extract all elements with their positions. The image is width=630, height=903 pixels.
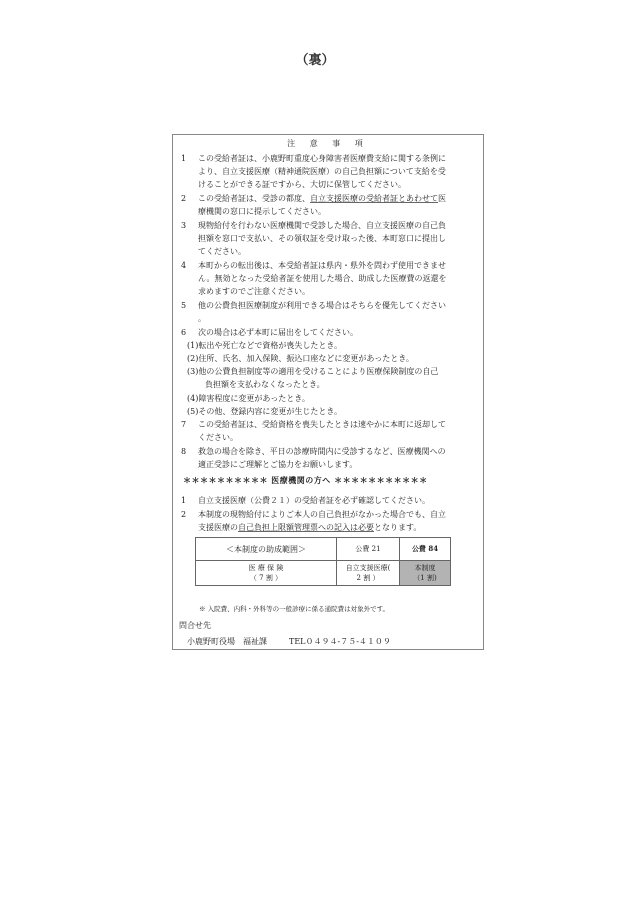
item-number: 6 bbox=[181, 326, 186, 339]
subitem-2: (2)住所、氏名、加入保険、振込口座などに変更があったとき。 bbox=[187, 352, 414, 365]
item-7-line-1: この受給者証は、受給資格を喪失したときは速やかに本町に返却して bbox=[198, 418, 446, 431]
item-5-line-1: 他の公費負担医療制度が利用できる場合はそちらを優先してください bbox=[198, 299, 446, 312]
item-number: 1 bbox=[181, 152, 186, 165]
item-8-line-1: 救急の場合を除き、平日の診療時間内に受診するなど、医療機関への bbox=[198, 445, 446, 458]
page-heading: （裏） bbox=[0, 49, 630, 68]
institutions-item-2-underlined-text: 自己負担上限額管理票への記入は必要 bbox=[238, 523, 374, 532]
contact-label: 問合せ先 bbox=[179, 620, 211, 631]
item-4-line-3: 求めますのでご注意ください。 bbox=[198, 285, 310, 298]
item-2-line-1: この受給者証は、受診の都度、自立支援医療の受給者証とあわせて医 bbox=[198, 192, 446, 205]
item-4-line-2: ん。無効となった受給者証を使用した場合、助成した医療費の返還を bbox=[198, 272, 446, 285]
item-2-underlined-text: 自立支援医療の受給者証とあわせて bbox=[310, 194, 438, 203]
contact-department: 福祉課 bbox=[243, 637, 267, 646]
item-4-line-1: 本町からの転出後は、本受給者証は県内・県外を問わず使用できませ bbox=[198, 259, 446, 272]
item-6-line-1: 次の場合は必ず本町に届出をしてください。 bbox=[198, 326, 358, 339]
range-cell-line: （ 7 割 ） bbox=[196, 573, 336, 583]
item-1-line-3: けることができる証ですから、大切に保管してください。 bbox=[198, 178, 406, 191]
item-number: 2 bbox=[181, 192, 186, 205]
range-cell-line: 本制度 bbox=[400, 563, 450, 573]
item-2-line-2: 療機関の窓口に提示してください。 bbox=[198, 205, 326, 218]
subitem-3-cont: 負担額を支払わなくなったとき。 bbox=[205, 378, 325, 391]
item-3-line-2: 担額を窓口で支払い、その領収証を受け取った後、本町窓口に提出し bbox=[198, 232, 446, 245]
item-1-line-1: この受給者証は、小鹿野町重度心身障害者医療費支給に関する条例に bbox=[198, 152, 446, 165]
range-header-label: ＜本制度の助成範囲＞ bbox=[196, 538, 337, 561]
range-cell-medical-insurance: 医 療 保 険 （ 7 割 ） bbox=[196, 561, 337, 586]
institutions-item-2-line-1: 本制度の現物給付によりご本人の自己負担がなかった場合でも、自立 bbox=[198, 508, 446, 521]
institutions-item-2-text-end: となります。 bbox=[374, 523, 421, 532]
contact-line: 小鹿野町役場福祉課TEL０４９４-７５-４１０９ bbox=[187, 636, 391, 647]
item-number: 7 bbox=[181, 418, 186, 431]
item-7-line-2: ください。 bbox=[198, 431, 238, 444]
range-header-public-84: 公費 84 bbox=[400, 538, 451, 561]
item-8-line-2: 適正受診にご理解とご協力をお願いします。 bbox=[198, 458, 357, 471]
item-number: 4 bbox=[181, 259, 186, 272]
item-3-line-1: 現物給付を行わない医療機関で受診した場合、自立支援医療の自己負 bbox=[198, 219, 446, 232]
range-cell-line: 自立支援医療( bbox=[337, 563, 399, 573]
footnote: ※ 入院費、内科・外科等の一般診療に係る通院費は対象外です。 bbox=[199, 604, 389, 613]
range-cell-independence-support: 自立支援医療( 2 割 ） bbox=[337, 561, 400, 586]
range-cell-this-system: 本制度 （1 割) bbox=[400, 561, 451, 586]
contact-tel: TEL０４９４-７５-４１０９ bbox=[289, 637, 391, 646]
notice-title: 注 意 事 項 bbox=[173, 138, 483, 149]
subitem-5: (5)その他、登録内容に変更が生じたとき。 bbox=[187, 405, 342, 418]
item-5-line-2: 。 bbox=[198, 312, 206, 325]
item-number: 1 bbox=[181, 494, 186, 507]
institutions-item-1: 自立支援医療（公費２１）の受給者証を必ず確認してください。 bbox=[198, 494, 430, 507]
subitem-4: (4)障害程度に変更があったとき。 bbox=[187, 392, 310, 405]
notice-box: 注 意 事 項 1 この受給者証は、小鹿野町重度心身障害者医療費支給に関する条例… bbox=[172, 134, 484, 650]
range-cell-line: 医 療 保 険 bbox=[196, 563, 336, 573]
item-2-text: この受給者証は、受診の都度、 bbox=[198, 194, 310, 203]
subsidy-range-table: ＜本制度の助成範囲＞ 公費 21 公費 84 医 療 保 険 （ 7 割 ） 自… bbox=[195, 537, 451, 586]
institutions-item-2-text: 支援医療の bbox=[198, 523, 238, 532]
range-cell-line: 2 割 ） bbox=[337, 573, 399, 583]
item-number: 2 bbox=[181, 508, 186, 521]
item-1-line-2: より、自立支援医療（精神通院医療）の自己負担額について支給を受 bbox=[198, 165, 446, 178]
contact-office: 小鹿野町役場 bbox=[187, 637, 235, 646]
institutions-header: ＊＊＊＊＊＊＊＊＊＊ 医療機関の方へ ＊＊＊＊＊＊＊＊＊＊＊ bbox=[183, 475, 428, 486]
item-2-text-end: 医 bbox=[438, 194, 446, 203]
item-number: 8 bbox=[181, 445, 186, 458]
item-number: 5 bbox=[181, 299, 186, 312]
item-number: 3 bbox=[181, 219, 186, 232]
subitem-3: (3)他の公費負担制度等の適用を受けることにより医療保険制度の自己 bbox=[187, 365, 438, 378]
item-3-line-3: てください。 bbox=[198, 245, 246, 258]
institutions-item-2-line-2: 支援医療の自己負担上限額管理票への記入は必要となります。 bbox=[198, 521, 421, 534]
subitem-1: (1)転出や死亡などで資格が喪失したとき。 bbox=[187, 339, 342, 352]
range-cell-line: （1 割) bbox=[400, 573, 450, 583]
range-header-public-21: 公費 21 bbox=[337, 538, 400, 561]
